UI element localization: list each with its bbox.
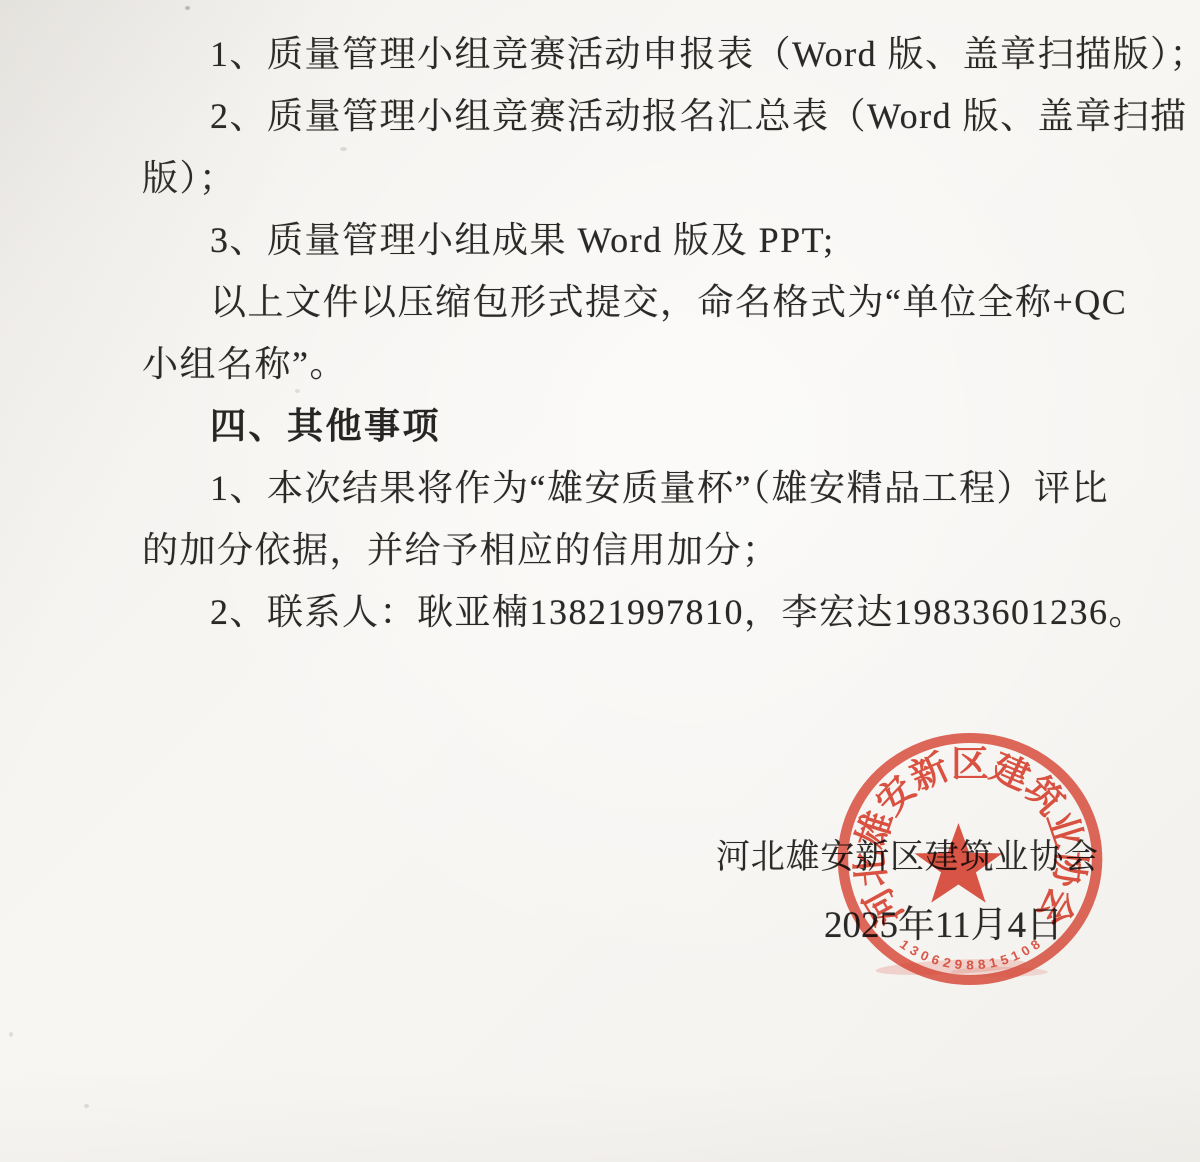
seal-smudge	[875, 956, 1027, 978]
seal-serial-digit: 5	[998, 952, 1011, 968]
seal-serial-digit: 8	[977, 957, 986, 972]
seal-ring-char: 新	[904, 747, 956, 798]
body-line-other-1-wrap: 的加分依据，并给予相应的信用加分；	[142, 519, 1160, 581]
body-line-submit-note-wrap: 小组名称”。	[142, 333, 1160, 395]
seal-ring-char: 建	[985, 747, 1037, 798]
seal-serial-digit: 9	[954, 957, 963, 972]
body-line-attachment-2: 2、质量管理小组竞赛活动报名汇总表（Word 版、盖章扫描	[142, 85, 1160, 147]
scan-speck	[84, 1104, 89, 1108]
seal-serial-digit: 8	[966, 958, 974, 973]
signature-organization: 河北雄安新区建筑业协会	[716, 836, 1099, 880]
signature-date: 2025年11月4日	[824, 903, 1063, 949]
body-line-other-1: 1、本次结果将作为“雄安质量杯”（雄安精品工程）评比	[142, 457, 1160, 519]
body-line-submit-note: 以上文件以压缩包形式提交，命名格式为“单位全称+QC	[142, 271, 1160, 333]
seal-ring-char: 区	[951, 744, 989, 784]
seal-serial-digit: 1	[988, 955, 999, 971]
section-heading-other-matters: 四、其他事项	[142, 395, 1160, 457]
body-line-attachment-2-wrap: 版）；	[142, 147, 1160, 209]
body-line-attachment-3: 3、质量管理小组成果 Word 版及 PPT;	[142, 209, 1160, 271]
scan-speck	[9, 1032, 13, 1037]
seal-serial-digit: 1	[1009, 947, 1023, 964]
body-line-contacts: 2、联系人：耿亚楠13821997810，李宏达19833601236。	[142, 581, 1160, 643]
seal-serial-digit: 2	[942, 955, 953, 971]
seal-ring-char: 筑	[1016, 769, 1073, 823]
seal-serial-digit: 0	[918, 948, 931, 964]
seal-ring-char: 安	[868, 769, 925, 823]
seal-serial-digit: 6	[930, 952, 942, 968]
document-body: 1、质量管理小组竞赛活动申报表（Word 版、盖章扫描版）； 2、质量管理小组竞…	[0, 0, 1200, 643]
scanned-notice-page: 1、质量管理小组竞赛活动申报表（Word 版、盖章扫描版）； 2、质量管理小组竞…	[0, 0, 1200, 1162]
seal-smudge	[951, 967, 1048, 977]
body-line-attachment-1: 1、质量管理小组竞赛活动申报表（Word 版、盖章扫描版）；	[142, 23, 1160, 85]
